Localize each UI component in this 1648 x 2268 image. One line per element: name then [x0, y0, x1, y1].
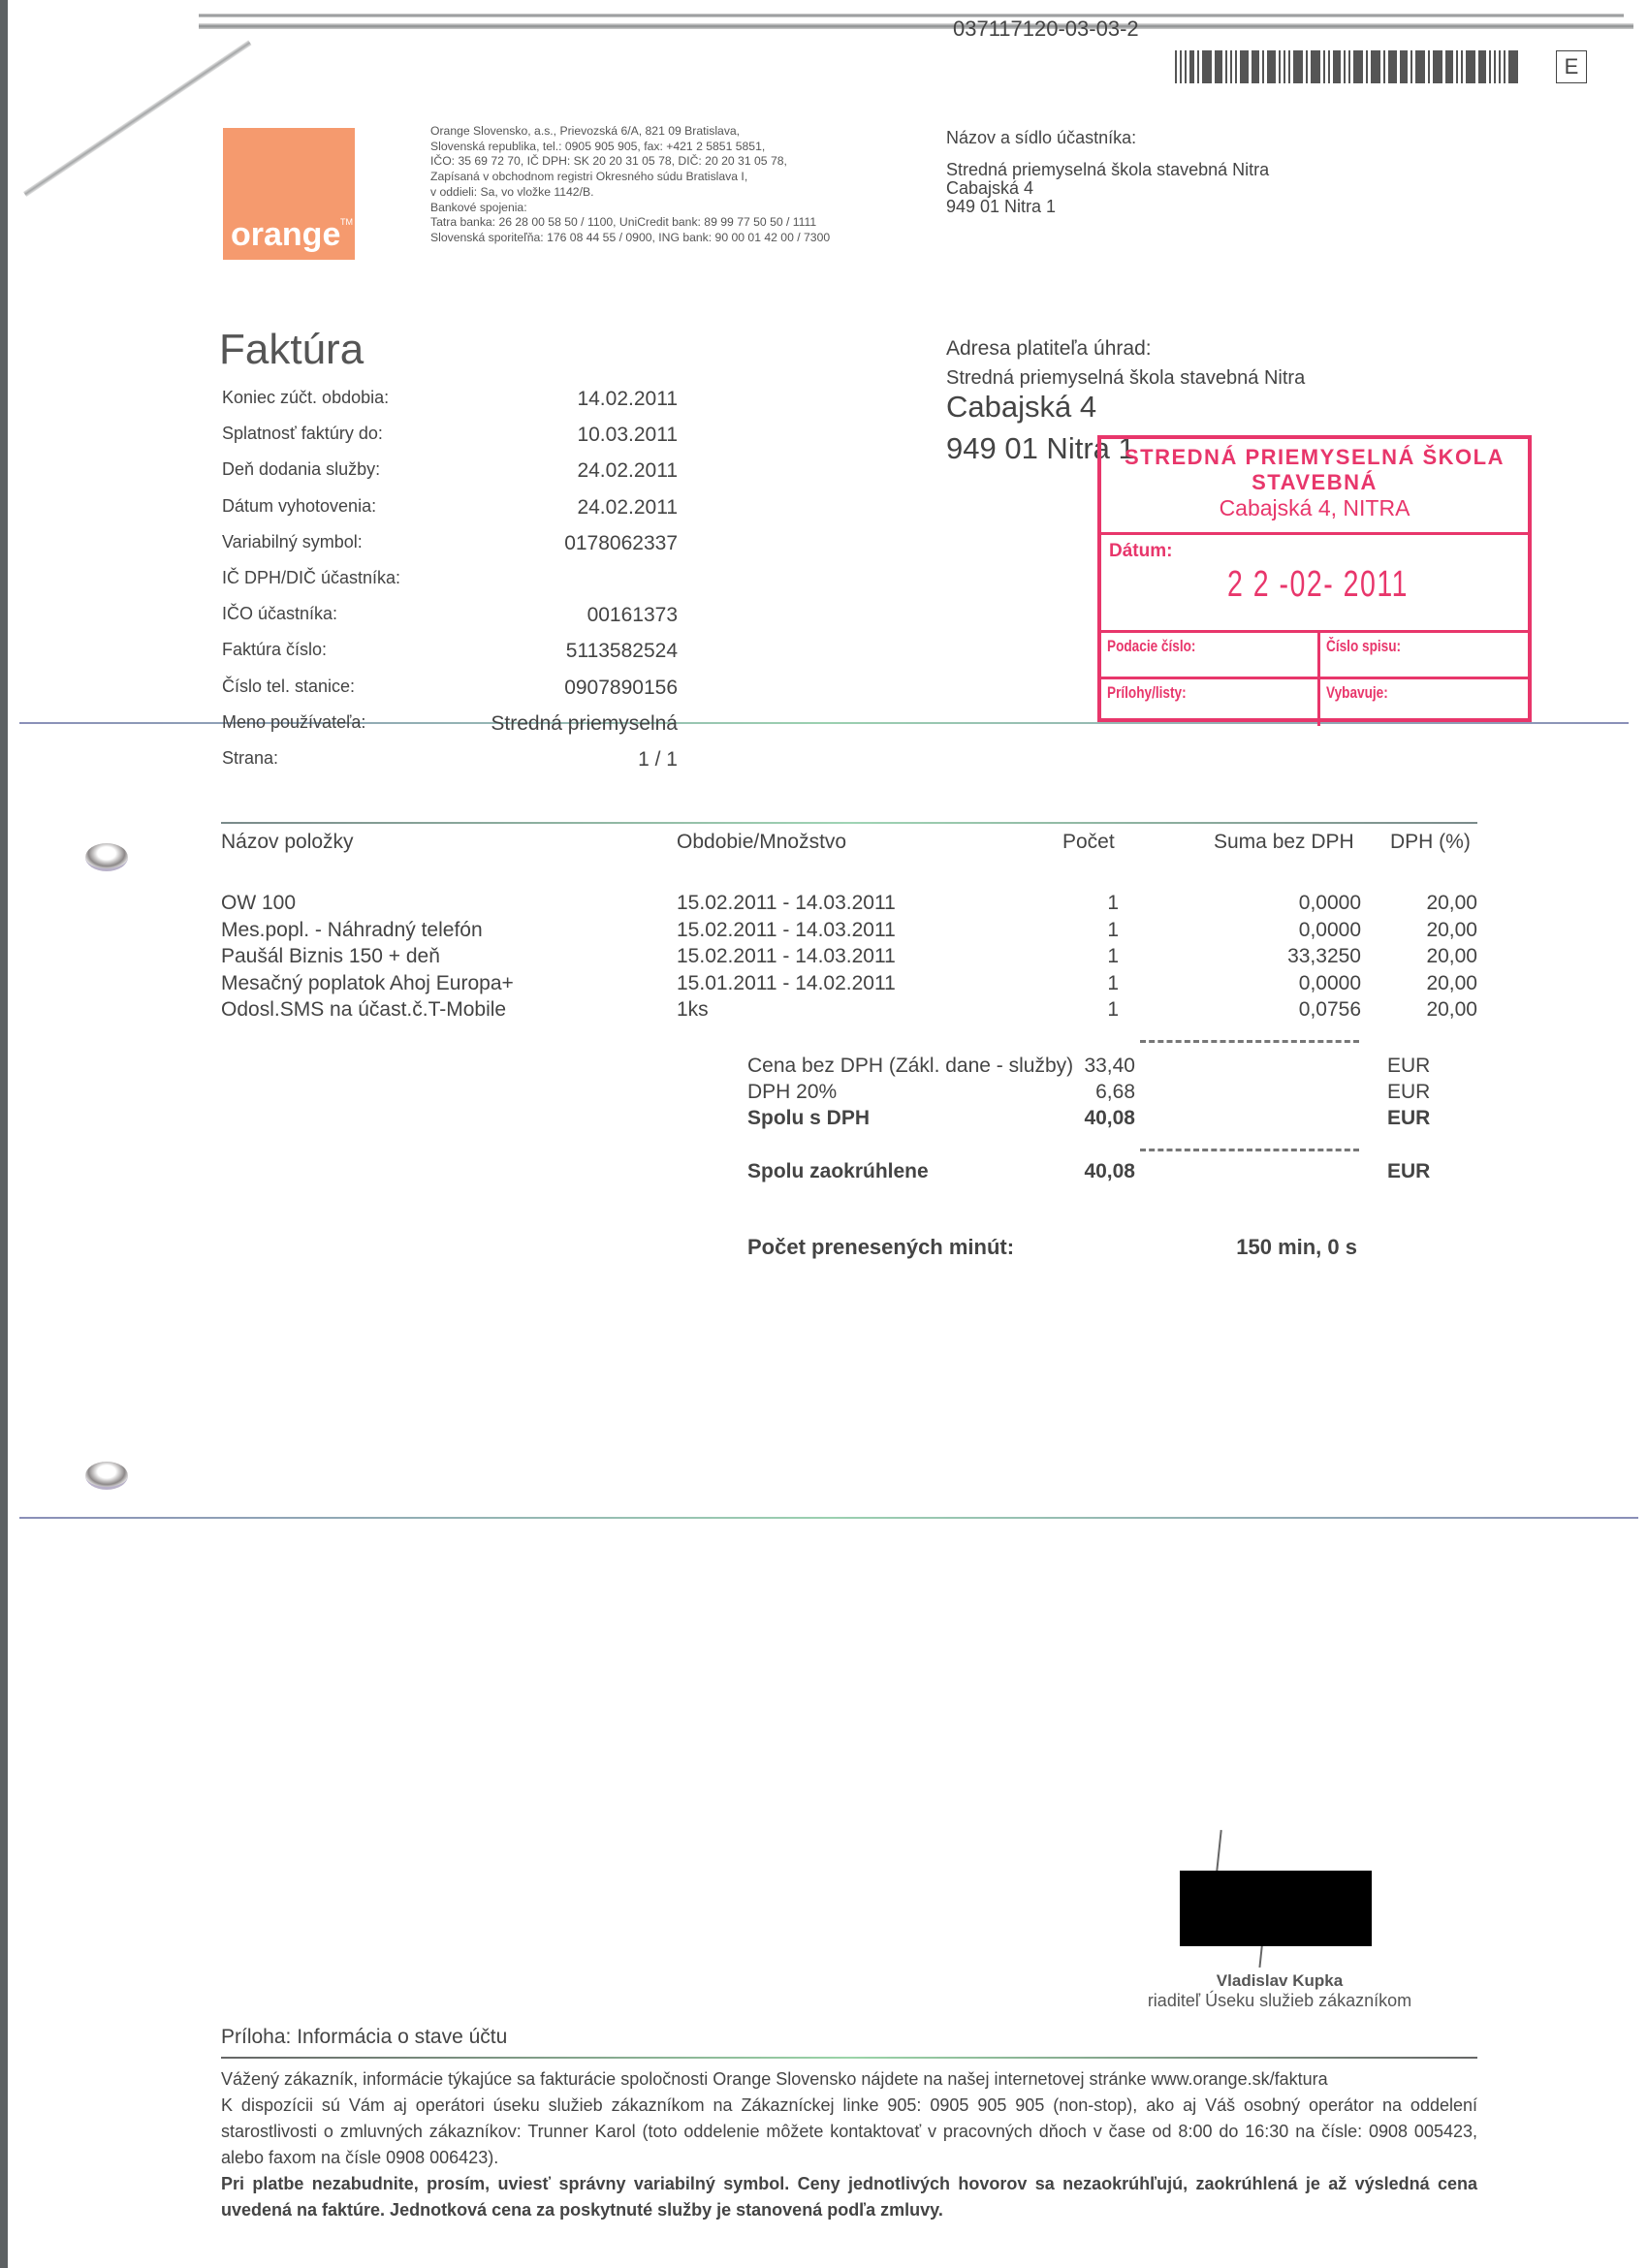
header-item-name: Názov položky: [221, 831, 354, 854]
stamp-field-podacie-cislo: Podacie číslo:: [1107, 637, 1195, 656]
cell-name: Mes.popl. - Náhradný telefón: [221, 919, 483, 942]
scan-line: [19, 1517, 1638, 1519]
table-row: OW 10015.02.2011 - 14.03.201110,000020,0…: [221, 892, 1477, 919]
subscriber-address: Stredná priemyselná škola stavebná Nitra…: [946, 161, 1269, 216]
dashed-separator: [1140, 1149, 1359, 1151]
currency: EUR: [1387, 1160, 1430, 1183]
header-sum: Suma bez DPH: [1214, 831, 1354, 854]
total-gross-label: Spolu s DPH: [747, 1107, 870, 1129]
stamp-field-vybavuje: Vybavuje:: [1326, 683, 1388, 703]
redaction-box: [1180, 1871, 1372, 1946]
cell-sum: 0,0756: [1299, 998, 1361, 1022]
footer-notes: Vážený zákazník, informácie týkajúce sa …: [221, 2066, 1477, 2223]
header-count: Počet: [1062, 831, 1115, 854]
currency: EUR: [1387, 1081, 1430, 1104]
page-title: Faktúra: [219, 326, 364, 374]
total-net-value: 33,40: [941, 1055, 1135, 1078]
logo-trademark: TM: [340, 217, 353, 227]
cell-vat: 20,00: [1426, 998, 1477, 1022]
provider-detail-line: Zapísaná v obchodnom registri Okresného …: [430, 170, 847, 185]
cell-name: Odosl.SMS na účast.č.T-Mobile: [221, 998, 506, 1022]
table-row: Odosl.SMS na účast.č.T-Mobile1ks10,07562…: [221, 998, 1477, 1025]
cell-period: 15.01.2011 - 14.02.2011: [677, 972, 896, 995]
info-row: Variabilný symbol:0178062337: [222, 532, 678, 568]
info-row: IČ DPH/DIČ účastníka:: [222, 568, 678, 604]
provider-detail-line: Orange Slovensko, a.s., Prievozská 6/A, …: [430, 124, 847, 140]
transferred-minutes-value: 150 min, 0 s: [1066, 1235, 1357, 1260]
table-divider: [221, 822, 1477, 824]
table-row: Mesačný poplatok Ahoj Europa+15.01.2011 …: [221, 972, 1477, 999]
punch-hole: [85, 1462, 128, 1490]
info-label: IČO účastníka:: [222, 604, 337, 624]
cell-vat: 20,00: [1426, 972, 1477, 995]
currency: EUR: [1387, 1107, 1430, 1130]
info-row: Koniec zúčt. obdobia:14.02.2011: [222, 388, 678, 424]
transferred-minutes-label: Počet prenesených minút:: [747, 1235, 1014, 1260]
cell-count: 1: [1107, 919, 1119, 942]
stamp-line-2: STAVEBNÁ: [1101, 470, 1528, 495]
info-row: Deň dodania služby:24.02.2011: [222, 459, 678, 495]
cell-vat: 20,00: [1426, 892, 1477, 915]
info-row: Meno používateľa:Stredná priemyselná: [222, 712, 678, 748]
info-row: Strana:1 / 1: [222, 748, 678, 784]
subscriber-label: Názov a sídlo účastníka:: [946, 128, 1136, 148]
header-vat: DPH (%): [1390, 831, 1471, 854]
signer-role: riaditeľ Úseku služieb zákazníkom: [1095, 1991, 1464, 2011]
stamp-date-label: Dátum:: [1109, 541, 1172, 562]
paper-fold-line: [199, 14, 1624, 17]
currency: EUR: [1387, 1055, 1430, 1078]
provider-detail-line: IČO: 35 69 72 70, IČ DPH: SK 20 20 31 05…: [430, 154, 847, 170]
provider-detail-line: Tatra banka: 26 28 00 58 50 / 1100, UniC…: [430, 215, 847, 231]
total-net-row: Cena bez DPH (Zákl. dane - služby) 33,40…: [747, 1055, 1426, 1078]
total-gross-value: 40,08: [941, 1107, 1135, 1130]
document-id: 037117120-03-03-2: [953, 15, 1139, 44]
info-label: Strana:: [222, 748, 278, 769]
cell-period: 15.02.2011 - 14.03.2011: [677, 919, 896, 942]
info-label: Meno používateľa:: [222, 712, 365, 733]
cell-count: 1: [1107, 998, 1119, 1022]
cell-name: Mesačný poplatok Ahoj Europa+: [221, 972, 514, 995]
info-value: 10.03.2011: [577, 424, 678, 447]
info-value: 24.02.2011: [577, 459, 678, 483]
info-value: 0907890156: [564, 677, 678, 700]
info-value: 1 / 1: [638, 748, 678, 772]
cell-name: Paušál Biznis 150 + deň: [221, 945, 440, 968]
table-row: Paušál Biznis 150 + deň15.02.2011 - 14.0…: [221, 945, 1477, 972]
payer-label: Adresa platiteľa úhrad:: [946, 337, 1152, 361]
table-row: Mes.popl. - Náhradný telefón15.02.2011 -…: [221, 919, 1477, 946]
payer-street: Cabajská 4: [946, 390, 1096, 425]
stamp-date-value: 2 2 -02- 2011: [1227, 564, 1409, 606]
header-period: Obdobie/Množstvo: [677, 831, 846, 854]
paper-corner-fold: [23, 40, 251, 197]
info-value: 00161373: [587, 604, 678, 627]
total-vat-label: DPH 20%: [747, 1081, 837, 1103]
cell-period: 15.02.2011 - 14.03.2011: [677, 945, 896, 968]
attachment-note: Príloha: Informácia o stave účtu: [221, 2026, 507, 2049]
cell-sum: 33,3250: [1287, 945, 1361, 968]
total-vat-row: DPH 20% 6,68 EUR: [747, 1081, 1426, 1104]
items-table: OW 10015.02.2011 - 14.03.201110,000020,0…: [221, 892, 1477, 1025]
footer-paragraph-3: Pri platbe nezabudnite, prosím, uviesť s…: [221, 2171, 1477, 2223]
punch-hole: [85, 843, 128, 871]
info-label: Splatnosť faktúry do:: [222, 424, 383, 444]
payer-name: Stredná priemyselná škola stavebná Nitra: [946, 367, 1305, 390]
stamp-line-1: STREDNÁ PRIEMYSELNÁ ŠKOLA: [1101, 445, 1528, 470]
subscriber-name: Stredná priemyselná škola stavebná Nitra: [946, 161, 1269, 179]
info-value: 0178062337: [564, 532, 678, 555]
footer-divider: [221, 2057, 1477, 2059]
info-value: 5113582524: [566, 640, 678, 663]
total-rounded-row: Spolu zaokrúhlene 40,08 EUR: [747, 1160, 1426, 1183]
registry-stamp: STREDNÁ PRIEMYSELNÁ ŠKOLA STAVEBNÁ Cabaj…: [1097, 435, 1532, 722]
invoice-info: Koniec zúčt. obdobia:14.02.2011Splatnosť…: [222, 388, 678, 784]
cell-vat: 20,00: [1426, 945, 1477, 968]
info-row: IČO účastníka:00161373: [222, 604, 678, 640]
cell-sum: 0,0000: [1299, 919, 1361, 942]
provider-details: Orange Slovensko, a.s., Prievozská 6/A, …: [430, 124, 847, 246]
cell-name: OW 100: [221, 892, 296, 915]
provider-detail-line: Slovenská republika, tel.: 0905 905 905,…: [430, 140, 847, 155]
subscriber-city: 949 01 Nitra 1: [946, 198, 1269, 216]
document-type-box: E: [1556, 50, 1587, 83]
info-label: Koniec zúčt. obdobia:: [222, 388, 389, 408]
stamp-field-prilohy: Prílohy/listy:: [1107, 683, 1187, 703]
cell-sum: 0,0000: [1299, 972, 1361, 995]
total-rounded-label: Spolu zaokrúhlene: [747, 1160, 929, 1182]
scan-edge: [0, 0, 8, 2268]
info-value: 24.02.2011: [577, 496, 678, 520]
info-row: Číslo tel. stanice:0907890156: [222, 677, 678, 712]
info-label: Číslo tel. stanice:: [222, 677, 355, 697]
footer-paragraph-1: Vážený zákazník, informácie týkajúce sa …: [221, 2066, 1477, 2093]
total-gross-row: Spolu s DPH 40,08 EUR: [747, 1107, 1426, 1130]
cell-period: 1ks: [677, 998, 709, 1022]
info-label: Variabilný symbol:: [222, 532, 363, 552]
cell-count: 1: [1107, 892, 1119, 915]
info-label: Faktúra číslo:: [222, 640, 327, 660]
info-value: Stredná priemyselná: [491, 712, 678, 736]
barcode: [1175, 50, 1521, 83]
provider-detail-line: Slovenská sporiteľňa: 176 08 44 55 / 090…: [430, 231, 847, 246]
provider-detail-line: Bankové spojenia:: [430, 201, 847, 216]
info-row: Splatnosť faktúry do:10.03.2011: [222, 424, 678, 459]
info-row: Faktúra číslo:5113582524: [222, 640, 678, 676]
subscriber-street: Cabajská 4: [946, 179, 1269, 198]
cell-sum: 0,0000: [1299, 892, 1361, 915]
info-value: 14.02.2011: [577, 388, 678, 411]
dashed-separator: [1140, 1040, 1359, 1043]
total-rounded-value: 40,08: [941, 1160, 1135, 1183]
footer-paragraph-2: K dispozícii sú Vám aj operátori úseku s…: [221, 2093, 1477, 2171]
provider-detail-line: v oddieli: Sa, vo vložke 1142/B.: [430, 185, 847, 201]
total-vat-value: 6,68: [941, 1081, 1135, 1104]
orange-logo: orange TM: [223, 128, 355, 260]
logo-text: orange: [231, 216, 340, 254]
stamp-field-cislo-spisu: Číslo spisu:: [1326, 637, 1401, 656]
info-row: Dátum vyhotovenia:24.02.2011: [222, 496, 678, 532]
stamp-line-3: Cabajská 4, NITRA: [1101, 495, 1528, 521]
cell-period: 15.02.2011 - 14.03.2011: [677, 892, 896, 915]
cell-count: 1: [1107, 945, 1119, 968]
info-label: Dátum vyhotovenia:: [222, 496, 376, 517]
signer-name: Vladislav Kupka: [1115, 1971, 1444, 1991]
info-label: IČ DPH/DIČ účastníka:: [222, 568, 400, 588]
cell-vat: 20,00: [1426, 919, 1477, 942]
paper-fold-line: [199, 23, 1633, 29]
cell-count: 1: [1107, 972, 1119, 995]
info-label: Deň dodania služby:: [222, 459, 380, 480]
